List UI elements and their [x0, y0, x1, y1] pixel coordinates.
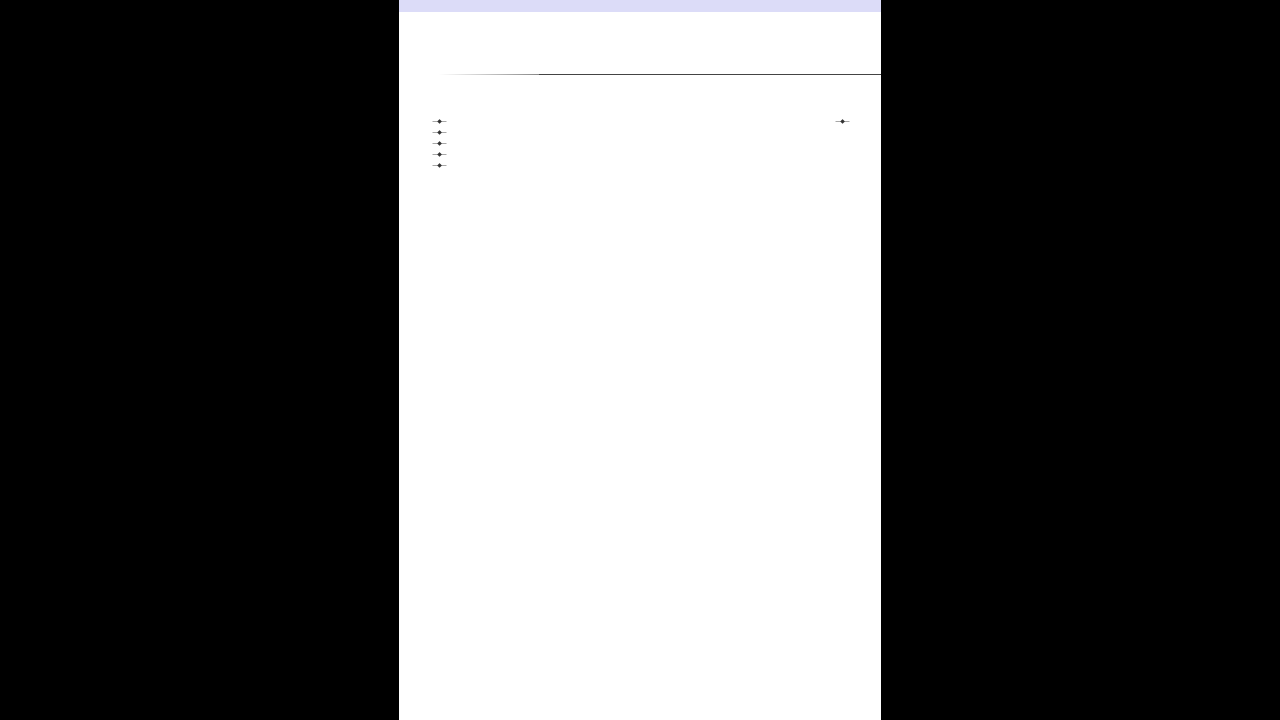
ornament-divider: —◆—: [811, 119, 873, 125]
ornament-divider: —◆—: [407, 141, 471, 147]
ornament-divider: —◆—: [407, 119, 471, 125]
document-page: —◆— —◆— —◆— —◆— —◆— —◆—: [399, 0, 881, 720]
ornament-divider: —◆—: [407, 152, 471, 158]
left-margin-column: —◆— —◆— —◆— —◆— —◆—: [407, 114, 471, 714]
rashi-column: [719, 114, 807, 580]
gemara-main-text: [567, 148, 715, 580]
bottom-commentary: [479, 582, 807, 720]
page-top-rule: [539, 74, 881, 75]
page-header: [399, 88, 881, 112]
ornament-divider: —◆—: [407, 130, 471, 136]
ornament-divider: —◆—: [407, 163, 471, 169]
tosafot-column: [479, 114, 563, 580]
right-margin-column: —◆—: [811, 114, 873, 714]
viewer-toolbar[interactable]: [399, 0, 881, 12]
page-top-rule-fade: [439, 74, 539, 75]
